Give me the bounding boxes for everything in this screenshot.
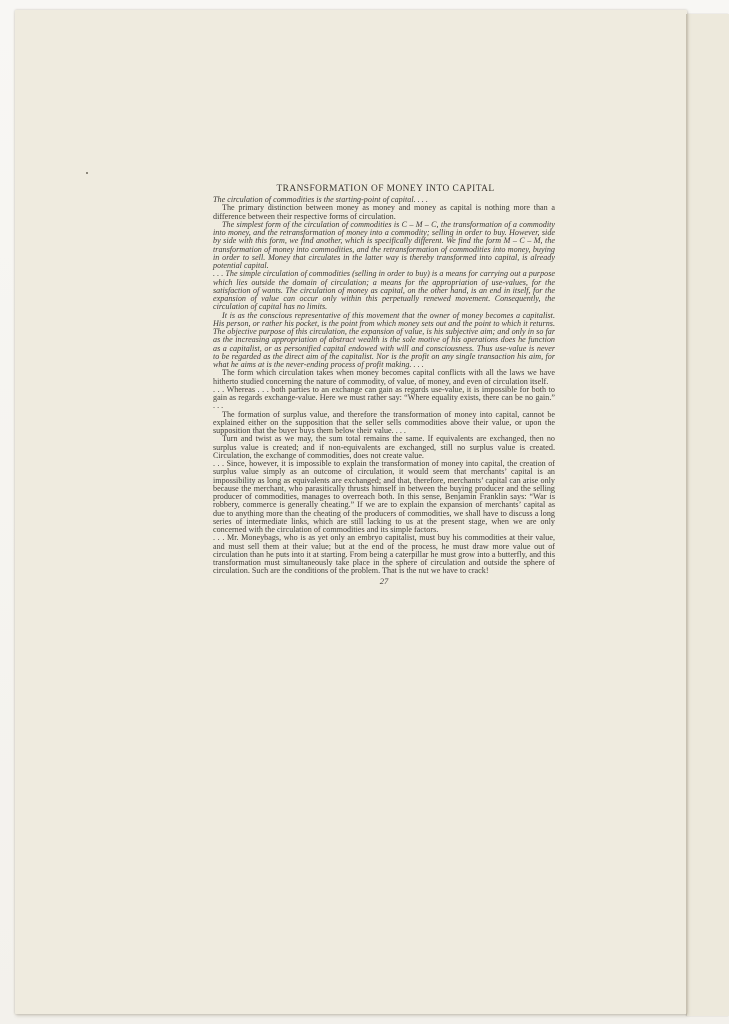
page-number: 27	[213, 577, 555, 585]
page-fold-line	[686, 14, 687, 1014]
paragraph-6: The form which circulation takes when mo…	[213, 369, 555, 386]
paragraph-8: The formation of surplus value, and ther…	[213, 411, 555, 436]
paragraph-11: . . . Mr. Moneybags, who is as yet only …	[213, 534, 555, 575]
facing-page-edge	[687, 14, 729, 1016]
paragraph-5: It is as the conscious representative of…	[213, 312, 555, 370]
paragraph-7: . . . Whereas . . . both parties to an e…	[213, 386, 555, 411]
paragraph-4: . . . The simple circulation of commodit…	[213, 270, 555, 311]
paragraph-9: Turn and twist as we may, the sum total …	[213, 435, 555, 460]
text-block: TRANSFORMATION OF MONEY INTO CAPITAL The…	[213, 184, 555, 585]
page-title: TRANSFORMATION OF MONEY INTO CAPITAL	[213, 184, 555, 195]
paragraph-10: . . . Since, however, it is impossible t…	[213, 460, 555, 534]
paragraph-3: The simplest form of the circulation of …	[213, 221, 555, 271]
paragraph-2: The primary distinction between money as…	[213, 204, 555, 221]
paper-speck	[86, 172, 88, 174]
